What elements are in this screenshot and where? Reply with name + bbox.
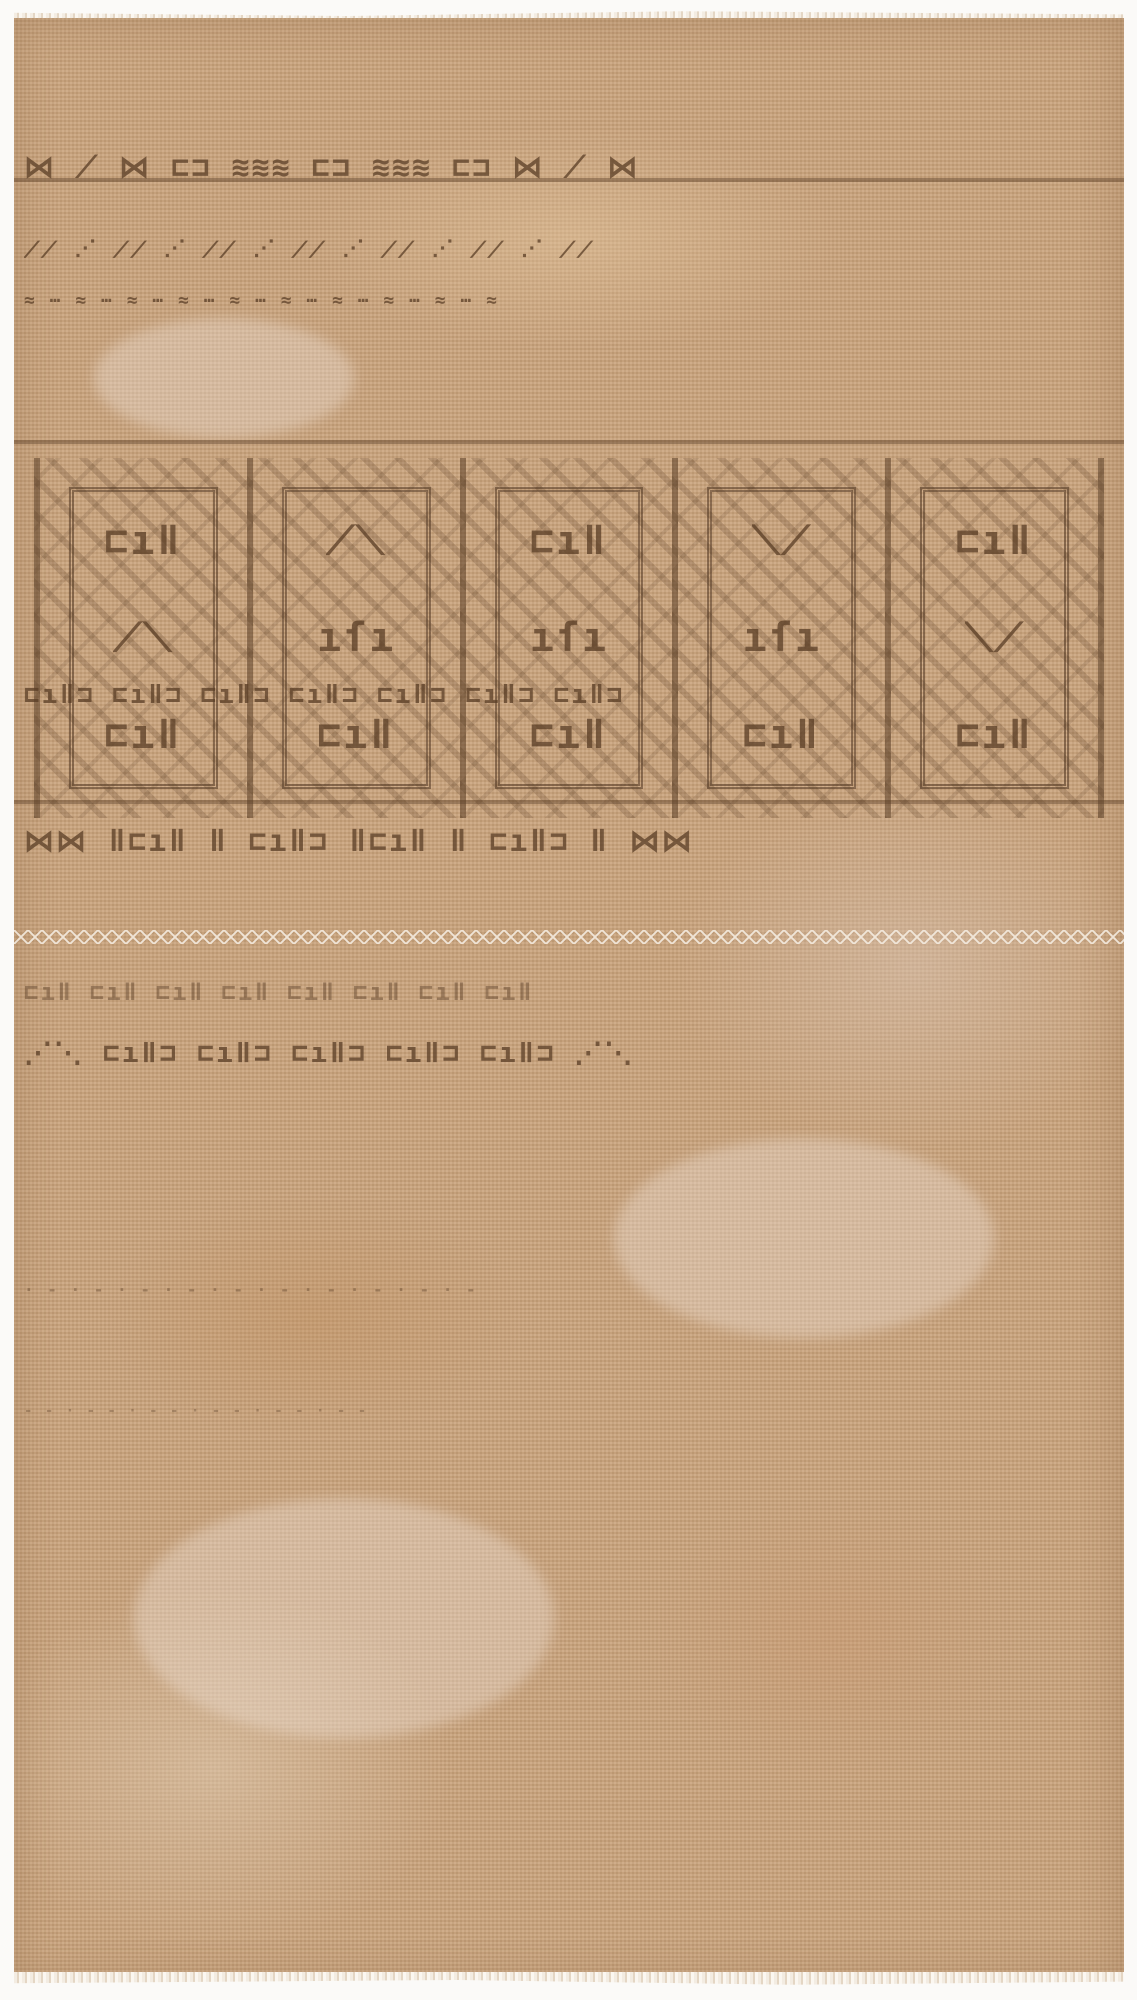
panel-motif: ⊏ıǁ — [743, 712, 821, 758]
panel-motif: ⊏ıǁ — [317, 712, 395, 758]
panel-base-band: ⊏ıǁ⊐ ⊏ıǁ⊐ ⊏ıǁ⊐ ⊏ıǁ⊐ ⊏ıǁ⊐ ⊏ıǁ⊐ ⊏ıǁ⊐ — [24, 680, 1114, 710]
medallion-panel: ⟋⟍ıſı⊏ıǁ — [247, 458, 460, 818]
panel-motif: ⟋⟍ — [113, 615, 173, 661]
repair-seam — [14, 930, 1124, 944]
medallion-panel: ⊏ıǁ⟍⟋⊏ıǁ — [885, 458, 1104, 818]
band-pattern: ⟋⟋ ⋰ ⟋⟋ ⋰ ⟋⟋ ⋰ ⟋⟋ ⋰ ⟋⟋ ⋰ ⟋⟋ ⋰ ⟋⟋ — [24, 238, 595, 263]
worn-patch — [614, 1138, 994, 1338]
medallion-panel-row: ⊏ıǁ⟋⟍⊏ıǁ ⟋⟍ıſı⊏ıǁ ⊏ıǁıſı⊏ıǁ ⟍⟋ıſı⊏ıǁ ⊏ıǁ… — [34, 458, 1104, 818]
band-pattern: ≈ ⋯ ≈ ⋯ ≈ ⋯ ≈ ⋯ ≈ ⋯ ≈ ⋯ ≈ ⋯ ≈ ⋯ ≈ ⋯ ≈ — [24, 290, 499, 311]
panel-motif: ıſı — [530, 615, 608, 661]
panel-motif: ⟋⟍ — [326, 518, 386, 564]
panel-motif: ⊏ıǁ — [530, 712, 608, 758]
panel-motif: ⟍⟋ — [752, 518, 812, 564]
band-pattern: · ‐ · ‐ · ‐ · ‐ · ‐ · ‐ · ‐ · ‐ · ‐ · ‐ — [24, 1280, 478, 1299]
panel-motif: ⊏ıǁ — [955, 518, 1033, 564]
faint-bottom-band: ‐ ‐ · ‐ ‐ · ‐ ‐ · ‐ ‐ · ‐ ‐ · ‐ ‐ — [24, 1403, 1114, 1419]
lower-motif-band-1: ⊏ıǁ ⊏ıǁ ⊏ıǁ ⊏ıǁ ⊏ıǁ ⊏ıǁ ⊏ıǁ ⊏ıǁ — [24, 978, 1114, 1006]
panel-motif: ⊏ıǁ — [104, 712, 182, 758]
middle-motif-band: ⋈⋈ ǁ⊏ıǁ ǁ ⊏ıǁ⊐ ǁ⊏ıǁ ǁ ⊏ıǁ⊐ ǁ ⋈⋈ — [24, 824, 1114, 859]
medallion-panel: ⟍⟋ıſı⊏ıǁ — [672, 458, 885, 818]
bottom-fringe — [14, 1972, 1124, 1988]
band-pattern: ⋈⋈ ǁ⊏ıǁ ǁ ⊏ıǁ⊐ ǁ⊏ıǁ ǁ ⊏ıǁ⊐ ǁ ⋈⋈ — [24, 824, 694, 859]
panel-motif: ıſı — [317, 615, 395, 661]
panel-motif: ⊏ıǁ — [104, 518, 182, 564]
border-stripe — [14, 440, 1124, 444]
medallion-panel: ⊏ıǁıſı⊏ıǁ — [460, 458, 673, 818]
faint-lower-band: · ‐ · ‐ · ‐ · ‐ · ‐ · ‐ · ‐ · ‐ · ‐ · ‐ — [24, 1280, 1114, 1299]
upper-narrow-band-1: ⟋⟋ ⋰ ⟋⟋ ⋰ ⟋⟋ ⋰ ⟋⟋ ⋰ ⟋⟋ ⋰ ⟋⟋ ⋰ ⟋⟋ — [24, 238, 1114, 263]
lower-motif-band-2: ⋰⋱ ⊏ıǁ⊐ ⊏ıǁ⊐ ⊏ıǁ⊐ ⊏ıǁ⊐ ⊏ıǁ⊐ ⋰⋱ — [24, 1036, 1114, 1069]
worn-patch — [94, 318, 354, 438]
panel-motif: ⊏ıǁ — [955, 712, 1033, 758]
panel-motif: ıſı — [743, 615, 821, 661]
upper-narrow-band-2: ≈ ⋯ ≈ ⋯ ≈ ⋯ ≈ ⋯ ≈ ⋯ ≈ ⋯ ≈ ⋯ ≈ ⋯ ≈ ⋯ ≈ — [24, 290, 1114, 311]
panel-motif: ⊏ıǁ — [530, 518, 608, 564]
panel-motif: ⟍⟋ — [965, 615, 1025, 661]
band-pattern: ⋰⋱ ⊏ıǁ⊐ ⊏ıǁ⊐ ⊏ıǁ⊐ ⊏ıǁ⊐ ⊏ıǁ⊐ ⋰⋱ — [24, 1036, 634, 1069]
band-pattern: ‐ ‐ · ‐ ‐ · ‐ ‐ · ‐ ‐ · ‐ ‐ · ‐ ‐ — [24, 1403, 368, 1419]
band-pattern: ⋈ ⟋ ⋈ ⊏⊐ ≋≋≋ ⊏⊐ ≋≋≋ ⊏⊐ ⋈ ⟋ ⋈ — [24, 150, 639, 185]
rug: ⊏ıǁ⟋⟍⊏ıǁ ⟋⟍ıſı⊏ıǁ ⊏ıǁıſı⊏ıǁ ⟍⟋ıſı⊏ıǁ ⊏ıǁ… — [14, 18, 1124, 1980]
top-border-band: ⋈ ⟋ ⋈ ⊏⊐ ≋≋≋ ⊏⊐ ≋≋≋ ⊏⊐ ⋈ ⟋ ⋈ — [24, 150, 1114, 185]
band-pattern: ⊏ıǁ ⊏ıǁ ⊏ıǁ ⊏ıǁ ⊏ıǁ ⊏ıǁ ⊏ıǁ ⊏ıǁ — [24, 978, 534, 1006]
band-pattern: ⊏ıǁ⊐ ⊏ıǁ⊐ ⊏ıǁ⊐ ⊏ıǁ⊐ ⊏ıǁ⊐ ⊏ıǁ⊐ ⊏ıǁ⊐ — [24, 680, 624, 710]
medallion-panel: ⊏ıǁ⟋⟍⊏ıǁ — [34, 458, 247, 818]
worn-patch — [134, 1498, 554, 1738]
